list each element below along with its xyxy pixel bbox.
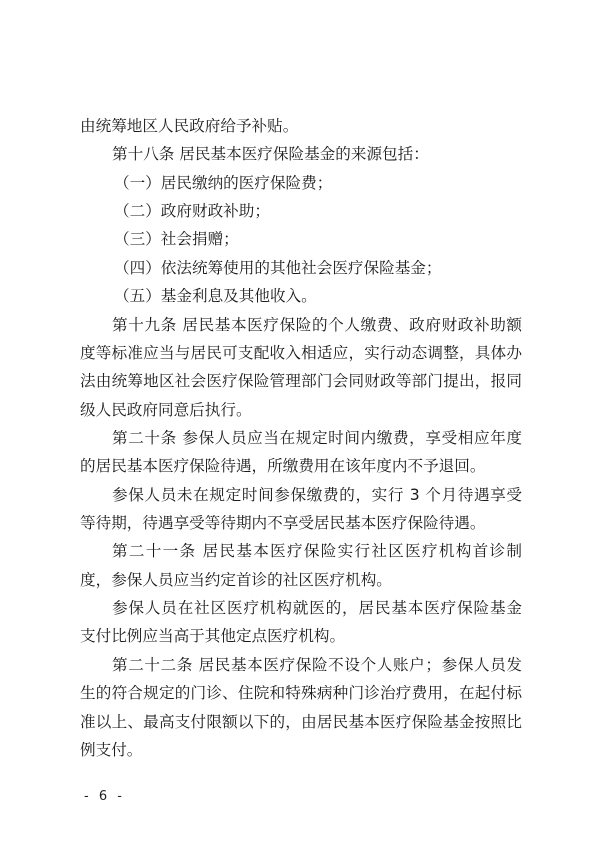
page-number: - 6 - <box>84 787 125 807</box>
document-page: 由统筹地区人民政府给予补贴。 第十八条 居民基本医疗保险基金的来源包括： （一）… <box>0 0 600 849</box>
list-item: （四）依法统筹使用的其他社会医疗保险基金； <box>80 254 522 282</box>
list-item: （二）政府财政补助； <box>80 197 522 225</box>
article-19-line: 级人民政府同意后执行。 <box>80 396 522 424</box>
article-22-line: 准以上、最高支付限额以下的，由居民基本医疗保险基金按照比 <box>80 708 522 736</box>
article-20-paragraph-2-line: 等待期，待遇享受等待期内不享受居民基本医疗保险待遇。 <box>80 509 522 537</box>
list-item: （五）基金利息及其他收入。 <box>80 282 522 310</box>
article-22-line: 例支付。 <box>80 736 522 764</box>
article-20-line: 的居民基本医疗保险待遇，所缴费用在该年度内不予退回。 <box>80 452 522 480</box>
list-item: （一）居民缴纳的医疗保险费； <box>80 169 522 197</box>
article-19-line: 第十九条 居民基本医疗保险的个人缴费、政府财政补助额 <box>80 311 522 339</box>
article-22-line: 生的符合规定的门诊、住院和特殊病种门诊治疗费用，在起付标 <box>80 679 522 707</box>
article-21-line: 第二十一条 居民基本医疗保险实行社区医疗机构首诊制 <box>80 537 522 565</box>
article-21-line: 度，参保人员应当约定首诊的社区医疗机构。 <box>80 566 522 594</box>
document-body: 由统筹地区人民政府给予补贴。 第十八条 居民基本医疗保险基金的来源包括： （一）… <box>80 112 522 764</box>
article-22-line: 第二十二条 居民基本医疗保险不设个人账户；参保人员发 <box>80 651 522 679</box>
article-21-paragraph-2-line: 参保人员在社区医疗机构就医的，居民基本医疗保险基金 <box>80 594 522 622</box>
article-19-line: 法由统筹地区社会医疗保险管理部门会同财政等部门提出，报同 <box>80 367 522 395</box>
paragraph-line: 由统筹地区人民政府给予补贴。 <box>80 112 522 140</box>
article-21-paragraph-2-line: 支付比例应当高于其他定点医疗机构。 <box>80 622 522 650</box>
article-19-line: 度等标准应当与居民可支配收入相适应，实行动态调整，具体办 <box>80 339 522 367</box>
article-20-line: 第二十条 参保人员应当在规定时间内缴费，享受相应年度 <box>80 424 522 452</box>
article-18-heading: 第十八条 居民基本医疗保险基金的来源包括： <box>80 140 522 168</box>
article-20-paragraph-2-line: 参保人员未在规定时间参保缴费的，实行 3 个月待遇享受 <box>80 481 522 509</box>
list-item: （三）社会捐赠； <box>80 225 522 253</box>
